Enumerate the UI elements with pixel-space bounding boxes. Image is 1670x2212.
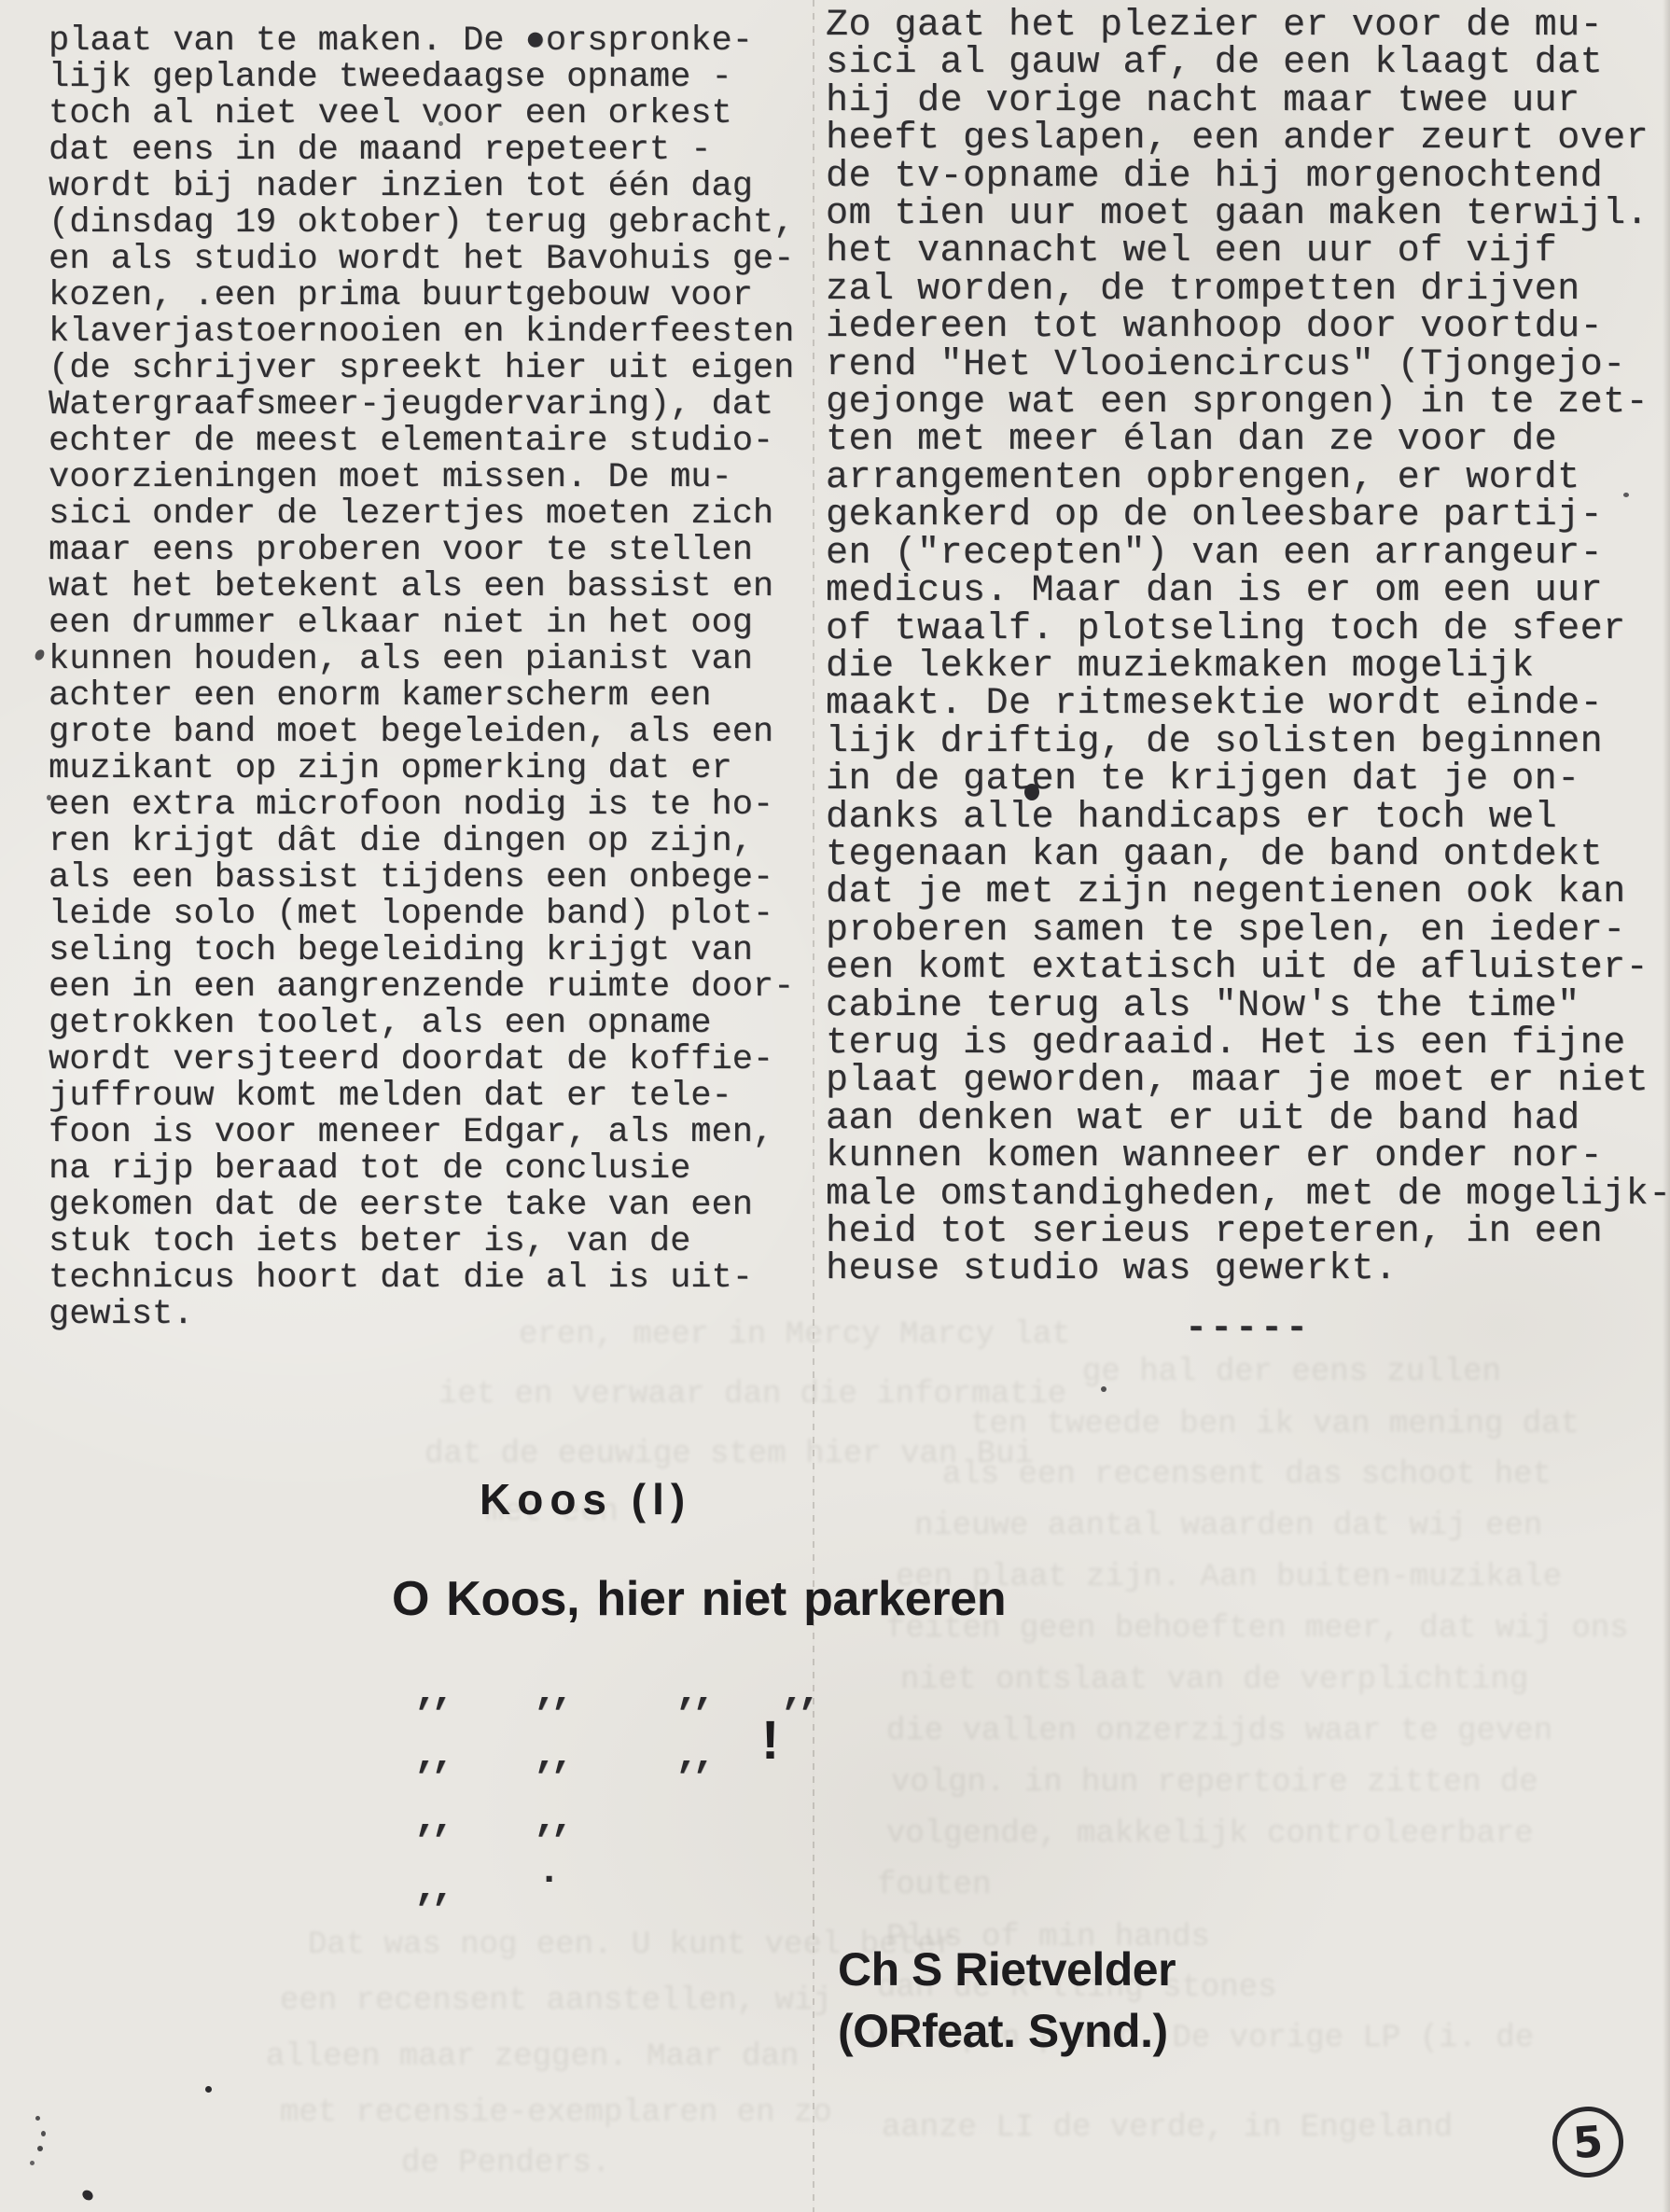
text-line: danks alle handicaps er toch wel [826, 800, 1670, 837]
bleedthrough-fragment: alleen maar zeggen. Maar dan [266, 2039, 799, 2075]
signature-affiliation: (ORfeat. Synd.) [838, 2000, 1176, 2062]
text-line: een extra microfoon nodig is te ho- [49, 787, 794, 824]
text-line: ten met meer élan dan ze voor de [826, 422, 1670, 459]
bleedthrough-fragment: nieuwe aantal waarden dat wij een [914, 1509, 1542, 1544]
ditto-mark: ,, [675, 1670, 709, 1715]
text-line: een komt extatisch uit de afluister- [826, 950, 1670, 987]
text-line: hij de vorige nacht maar twee uur [826, 83, 1670, 120]
text-line: leide solo (met lopende band) plot- [49, 897, 794, 933]
text-line: getrokken toolet, als een opname [49, 1006, 794, 1042]
text-line: sici onder de lezertjes moeten zich [49, 496, 794, 533]
text-line: maar eens proberen voor te stellen [49, 533, 794, 569]
text-line: juffrouw komt melden dat er tele- [49, 1078, 794, 1115]
text-line: aan denken wat er uit de band had [826, 1101, 1670, 1138]
text-line: arrangementen opbrengen, er wordt [826, 460, 1670, 497]
text-line: voorzieningen moet missen. De mu- [49, 460, 794, 496]
ditto-mark: ,, [414, 1797, 448, 1842]
ink-speck [205, 2086, 212, 2093]
text-line: medicus. Maar dan is er om een uur [826, 573, 1670, 610]
text-line: als een bassist tijdens een onbege- [49, 860, 794, 897]
scanned-document-page: eren, meer in Mercy Marcy latiet en verw… [0, 0, 1670, 2212]
bleedthrough-fragment: fouten [877, 1868, 991, 1903]
ink-smudge [80, 2188, 95, 2202]
text-line: sici al gauw af, de een klaagt dat [826, 45, 1670, 82]
text-line: ren krijgt dât die dingen op zijn, [49, 824, 794, 860]
text-line: of twaalf. plotseling toch de sfeer [826, 611, 1670, 648]
section-divider-dashes: ----- [1185, 1308, 1311, 1350]
text-line: heid tot serieus repeteren, in een [826, 1214, 1670, 1251]
text-line: seling toch begeleiding krijgt van [49, 933, 794, 969]
text-line: male omstandigheden, met de mogelijk- [826, 1176, 1670, 1214]
text-line: wordt versjteerd doordat de koffie- [49, 1042, 794, 1078]
bleedthrough-fragment: aanze LI de verde, in Engeland [882, 2110, 1453, 2146]
ink-speck [34, 648, 47, 662]
text-line: lijk driftig, de solisten beginnen [826, 724, 1670, 761]
text-line: een in een aangrenzende ruimte door- [49, 969, 794, 1006]
ditto-mark: ,, [414, 1670, 448, 1715]
ink-speck [37, 2146, 43, 2151]
text-line: lijk geplande tweedaagse opname - [49, 60, 794, 96]
ditto-mark: ,, [534, 1670, 567, 1715]
signature-block: Ch S Rietvelder (ORfeat. Synd.) [838, 1939, 1176, 2062]
text-line: zal worden, de trompetten drijven [826, 271, 1670, 309]
ink-speck [47, 795, 51, 800]
text-line: in de gaten te krijgen dat je on- [826, 761, 1670, 799]
bleedthrough-fragment: niet ontslaat van de verplichting [900, 1662, 1528, 1698]
ditto-mark: ,, [781, 1670, 814, 1715]
text-line: kozen, .een prima buurtgebouw voor [49, 278, 794, 314]
text-line: een drummer elkaar niet in het oog [49, 605, 794, 642]
text-line: dat je met zijn negentienen ook kan [826, 874, 1670, 911]
text-line: wordt bij nader inzien tot één dag [49, 169, 794, 205]
bleedthrough-fragment: een recensent aanstellen, wij [280, 1983, 832, 2019]
ink-speck [438, 121, 443, 126]
text-line: technicus hoort dat die al is uit- [49, 1260, 794, 1297]
bleedthrough-fragment: ten tweede ben ik van mening dat [970, 1407, 1580, 1442]
page-fold-line [813, 0, 814, 2212]
text-line: gejonge wat een sprongen) in te zet- [826, 384, 1670, 422]
ink-speck [1101, 1386, 1106, 1392]
ink-speck [41, 2131, 46, 2136]
page-number-badge: 5 [1550, 2104, 1625, 2179]
bleedthrough-fragment: met recensie-exemplaren en zo [280, 2095, 832, 2131]
text-line: grote band moet begeleiden, als een [49, 715, 794, 751]
text-line: dat eens in de maand repeteert - [49, 132, 794, 169]
text-line: heuse studio was gewerkt. [826, 1251, 1670, 1288]
parkeren-headline: O Koos, hier niet parkeren [392, 1571, 1006, 1627]
ditto-mark: ,, [534, 1733, 567, 1778]
text-line: Watergraafsmeer-jeugdervaring), dat [49, 387, 794, 424]
text-line: klaverjastoernooien en kinderfeesten [49, 314, 794, 351]
ink-blot [1024, 784, 1039, 800]
text-line: tegenaan kan gaan, de band ontdekt [826, 837, 1670, 874]
text-line: foon is voor meneer Edgar, als men, [49, 1115, 794, 1151]
text-line: Zo gaat het plezier er voor de mu- [826, 7, 1670, 45]
text-line: achter een enorm kamerscherm een [49, 678, 794, 715]
bleedthrough-fragment: ge hal der eens zullen [1082, 1355, 1501, 1390]
ditto-mark: ,, [534, 1797, 567, 1842]
text-line: gewist. [49, 1297, 794, 1333]
ditto-mark: ,, [414, 1733, 448, 1778]
text-line: (de schrijver spreekt hier uit eigen [49, 351, 794, 387]
bleedthrough-fragment: volgn. in hun repertoire zitten de [891, 1765, 1538, 1801]
ink-speck [1623, 493, 1629, 497]
text-line: rend "Het Vlooiencircus" (Tjongejo- [826, 347, 1670, 384]
text-line: heeft geslapen, een ander zeurt over [826, 120, 1670, 158]
text-line: plaat van te maken. De ●orspronke- [49, 23, 794, 60]
stray-period: . [537, 1849, 561, 1894]
page-number: 5 [1571, 2116, 1605, 2168]
text-line: die lekker muziekmaken mogelijk [826, 648, 1670, 686]
left-text-column: plaat van te maken. De ●orspronke-lijk g… [49, 23, 794, 1333]
text-line: stuk toch iets beter is, van de [49, 1224, 794, 1260]
text-line: gekomen dat de eerste take van een [49, 1188, 794, 1224]
text-line: echter de meest elementaire studio- [49, 424, 794, 460]
text-line: wat het betekent als een bassist en [49, 569, 794, 605]
right-text-column: Zo gaat het plezier er voor de mu-sici a… [826, 7, 1670, 1289]
text-line: terug is gedraaid. Het is een fijne [826, 1025, 1670, 1063]
text-line: na rijp beraad tot de conclusie [49, 1151, 794, 1188]
text-line: de tv-opname die hij morgenochtend [826, 159, 1670, 196]
text-line: het vannacht wel een uur of vijf [826, 233, 1670, 271]
text-line: kunnen komen wanneer er onder nor- [826, 1138, 1670, 1176]
text-line: (dinsdag 19 oktober) terug gebracht, [49, 205, 794, 242]
text-line: en ("recepten") van een arrangeur- [826, 536, 1670, 573]
ditto-mark: ,, [414, 1866, 448, 1911]
signature-name: Ch S Rietvelder [838, 1939, 1176, 2000]
ink-speck [35, 2116, 40, 2121]
ditto-mark: ,, [675, 1733, 709, 1778]
text-line: plaat geworden, maar je moet er niet [826, 1063, 1670, 1100]
text-line: muzikant op zijn opmerking dat er [49, 751, 794, 787]
bleedthrough-fragment: die vallen onzerzijds waar te geven [886, 1714, 1552, 1749]
text-line: maakt. De ritmesektie wordt einde- [826, 686, 1670, 723]
text-line: en als studio wordt het Bavohuis ge- [49, 242, 794, 278]
bleedthrough-fragment: de Penders. [401, 2146, 610, 2181]
bleedthrough-fragment: als een recensent das schoot het [942, 1457, 1552, 1493]
text-line: iedereen tot wanhoop door voortdu- [826, 309, 1670, 346]
ink-speck [30, 2161, 35, 2165]
exclamation-mark: ! [761, 1709, 779, 1772]
text-line: cabine terug als "Now's the time" [826, 988, 1670, 1025]
text-line: proberen samen te spelen, en ieder- [826, 912, 1670, 950]
text-line: gekankerd op de onleesbare partij- [826, 497, 1670, 535]
bleedthrough-fragment: volgende, makkelijk controleerbare [886, 1816, 1534, 1852]
text-line: kunnen houden, als een pianist van [49, 642, 794, 678]
koos-heading: Koos (l) [480, 1474, 691, 1524]
text-line: om tien uur moet gaan maken terwijl. [826, 196, 1670, 233]
text-line: toch al niet veel voor een orkest [49, 96, 794, 132]
